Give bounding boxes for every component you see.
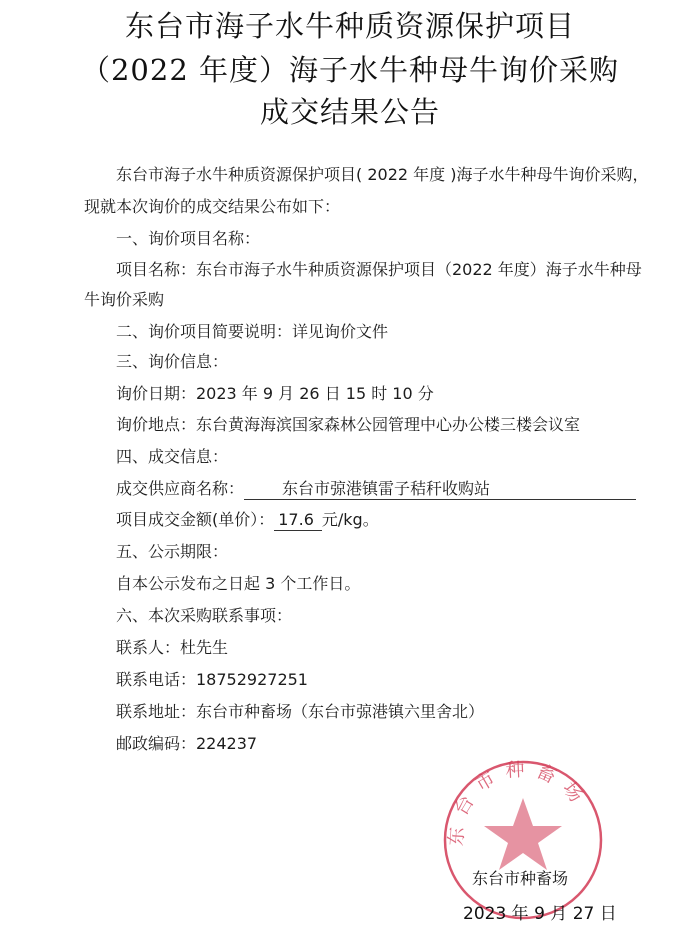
- star-icon: [484, 798, 562, 870]
- title-line-1: 东台市海子水牛种质资源保护项目: [0, 4, 700, 45]
- section-1-heading: 一、询价项目名称：: [116, 229, 260, 249]
- section-2-heading: 二、询价项目简要说明：详见询价文件: [116, 322, 388, 342]
- intro-line-1: 东台市海子水牛种质资源保护项目( 2022 年度 )海子水牛种母牛询价采购，: [116, 165, 648, 185]
- title-line-3: 成交结果公告: [0, 90, 700, 131]
- contact-address: 联系地址：东台市种畜场（东台市弶港镇六里舍北）: [116, 702, 484, 722]
- intro-line-2: 现就本次询价的成交结果公布如下：: [84, 197, 340, 217]
- price-label: 项目成交金额(单价）：: [116, 510, 274, 529]
- price-row: 项目成交金额(单价）：17.6元/kg。: [116, 510, 379, 531]
- price-value: 17.6: [274, 510, 322, 531]
- project-name-line-1: 项目名称：东台市海子水牛种质资源保护项目（2022 年度）海子水牛种母: [116, 260, 642, 280]
- title-line-2: （2022 年度）海子水牛种母牛询价采购: [0, 48, 700, 89]
- section-6-heading: 六、本次采购联系事项：: [116, 606, 292, 626]
- supplier-value: 东台市弶港镇雷子秸秆收购站: [244, 479, 636, 500]
- section-3-heading: 三、询价信息：: [116, 352, 228, 372]
- inquiry-location: 询价地点：东台黄海海滨国家森林公园管理中心办公楼三楼会议室: [116, 415, 580, 435]
- inquiry-date: 询价日期：2023 年 9 月 26 日 15 时 10 分: [116, 384, 434, 404]
- section-5-heading: 五、公示期限：: [116, 542, 228, 562]
- signature-date: 2023 年 9 月 27 日: [463, 899, 617, 924]
- contact-person: 联系人：杜先生: [116, 638, 228, 658]
- supplier-row: 成交供应商名称：东台市弶港镇雷子秸秆收购站: [116, 479, 636, 500]
- postcode: 邮政编码：224237: [116, 734, 257, 754]
- price-unit: 元/kg。: [322, 510, 379, 529]
- project-name-line-2: 牛询价采购: [84, 290, 164, 310]
- supplier-label: 成交供应商名称：: [116, 479, 244, 498]
- section-4-heading: 四、成交信息：: [116, 447, 228, 467]
- signature-org: 东台市种畜场: [472, 866, 568, 889]
- contact-phone: 联系电话：18752927251: [116, 670, 308, 690]
- publicity-period: 自本公示发布之日起 3 个工作日。: [116, 574, 360, 594]
